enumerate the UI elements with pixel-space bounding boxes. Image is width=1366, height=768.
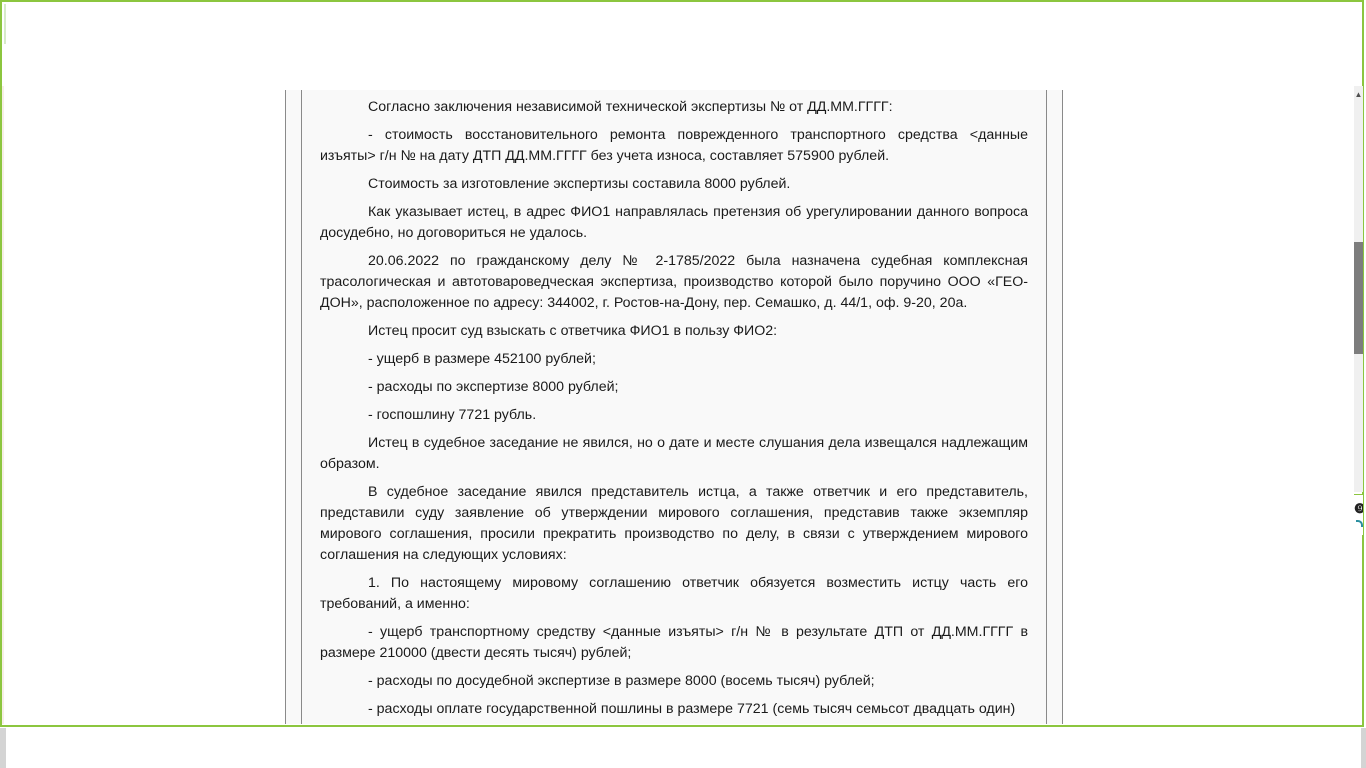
document-page-outer: Согласно заключения независимой техничес… — [285, 90, 1063, 724]
document-paragraph: 20.06.2022 по гражданскому делу № 2-1785… — [320, 251, 1028, 314]
document-paragraph: Истец просит суд взыскать с ответчика ФИ… — [320, 321, 1028, 342]
background-page-bottom-right — [1361, 728, 1366, 768]
widget-icon: ❾ — [1354, 502, 1363, 516]
document-paragraph: Истец в судебное заседание не явился, но… — [320, 433, 1028, 475]
document-page: Согласно заключения независимой техничес… — [301, 90, 1047, 724]
document-paragraph: Стоимость за изготовление экспертизы сос… — [320, 174, 1028, 195]
document-paragraph: - ущерб в размере 452100 рублей; — [320, 349, 1028, 370]
scroll-up-arrow-icon[interactable]: ▲ — [1354, 90, 1363, 100]
document-paragraph: - расходы по экспертизе 8000 рублей; — [320, 377, 1028, 398]
scroll-thumb[interactable] — [1354, 242, 1363, 354]
document-paragraph: - расходы по досудебной экспертизе в раз… — [320, 671, 1028, 692]
document-paragraph: 1. По настоящему мировому соглашению отв… — [320, 573, 1028, 615]
document-viewer: Согласно заключения независимой техничес… — [4, 86, 1354, 724]
widget-hook-icon — [1356, 520, 1363, 527]
document-paragraph: Как указывает истец, в адрес ФИО1 направ… — [320, 202, 1028, 244]
document-body: Согласно заключения независимой техничес… — [320, 97, 1028, 724]
document-paragraph: Согласно заключения независимой техничес… — [320, 97, 1028, 118]
vertical-scrollbar[interactable]: ▲ — [1354, 86, 1363, 492]
document-paragraph: - стоимость восстановительного ремонта п… — [320, 125, 1028, 167]
frame-left-accent — [4, 4, 6, 44]
document-paragraph: В судебное заседание явился представител… — [320, 482, 1028, 566]
side-widget[interactable]: ❾ — [1354, 494, 1363, 535]
document-paragraph: - расходы оплате государственной пошлины… — [320, 699, 1028, 720]
screen: Согласно заключения независимой техничес… — [0, 0, 1366, 768]
document-paragraph: - госпошлину 7721 рубль. — [320, 405, 1028, 426]
document-paragraph: - ущерб транспортному средству <данные и… — [320, 622, 1028, 664]
background-page-bottom-left — [0, 728, 6, 768]
